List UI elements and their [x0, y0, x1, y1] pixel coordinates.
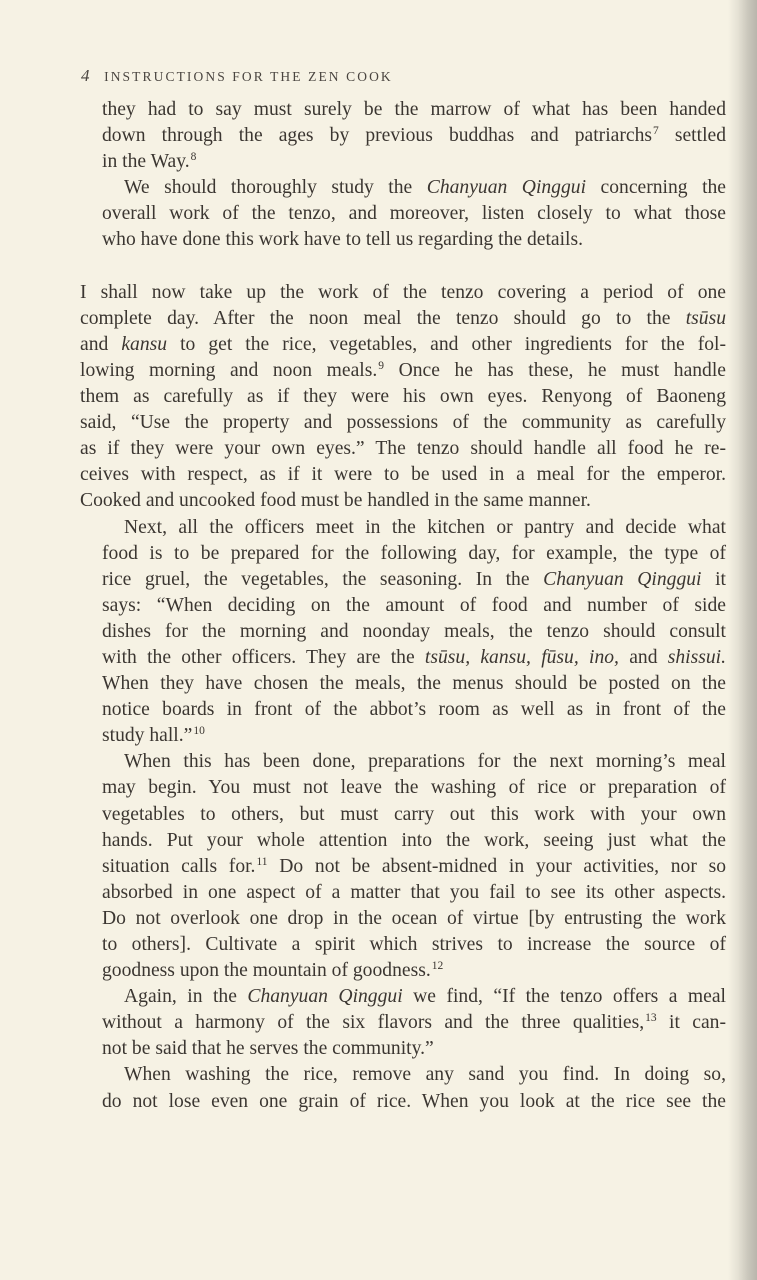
paragraph-p4: Next, all the officers meet in the kitch… [80, 515, 726, 750]
italic-term: Chanyuan Qinggui [247, 986, 402, 1007]
text-run: as if they were your own eyes.” The tenz… [80, 438, 726, 459]
text-line: and kansu to get the rice, vegetables, a… [80, 332, 726, 358]
running-head: 4 Instructions for the Zen Cook [81, 66, 726, 86]
text-run: settled [659, 125, 726, 146]
footnote-ref: 8 [191, 151, 197, 163]
text-line: overall work of the tenzo, and moreover,… [80, 201, 726, 227]
footnote-ref: 11 [256, 856, 267, 868]
text-run: do not lose even one grain of rice. When… [102, 1091, 726, 1112]
text-line: hands. Put your whole attention into the… [80, 828, 726, 854]
text-line: says: “When deciding on the amount of fo… [80, 593, 726, 619]
text-run: they had to say must surely be the marro… [102, 99, 726, 120]
text-run: concerning the [586, 177, 726, 198]
text-run: rice gruel, the vegetables, the seasonin… [102, 569, 543, 590]
text-run: and [619, 647, 668, 668]
text-run: without a harmony of the six flavors and… [102, 1012, 644, 1033]
italic-term: kansu [121, 334, 167, 355]
text-run: them as carefully as if they were his ow… [80, 386, 726, 407]
text-run: lowing morning and noon meals. [80, 360, 377, 381]
text-line: study hall.”10 [80, 723, 726, 749]
text-run: situation calls for. [102, 856, 255, 877]
paragraph-p2: We should thoroughly study the Chanyuan … [80, 175, 726, 253]
text-run: and [80, 334, 121, 355]
text-run: who have done this work have to tell us … [102, 229, 583, 250]
page-number: 4 [81, 66, 90, 85]
text-run: Again, in the [124, 986, 247, 1007]
text-run: it can- [657, 1012, 726, 1033]
text-line: When washing the rice, remove any sand y… [80, 1062, 726, 1088]
text-line: Cooked and uncooked food must be handled… [80, 488, 726, 514]
footnote-ref: 10 [193, 725, 205, 737]
text-run: When they have chosen the meals, the men… [102, 673, 726, 694]
text-line: may begin. You must not leave the washin… [80, 775, 726, 801]
text-run: down through the ages by previous buddha… [102, 125, 652, 146]
text-run: Cooked and uncooked food must be handled… [80, 490, 591, 511]
italic-term: Chanyuan Qinggui [427, 177, 586, 198]
text-run: food is to be prepared for the following… [102, 543, 726, 564]
text-run: complete day. After the noon meal the te… [80, 308, 686, 329]
text-run: Once he has these, he must handle [384, 360, 726, 381]
text-run: goodness upon the mountain of goodness. [102, 960, 431, 981]
text-line: goodness upon the mountain of goodness.1… [80, 958, 726, 984]
text-run: I shall now take up the work of the tenz… [80, 282, 726, 303]
text-run: hands. Put your whole attention into the… [102, 830, 726, 851]
text-line: vegetables to others, but must carry out… [80, 802, 726, 828]
body-text: they had to say must surely be the marro… [80, 97, 726, 1115]
italic-term: tsūsu, kansu, fūsu, ino, [425, 647, 619, 668]
text-run: it [702, 569, 726, 590]
text-line: ceives with respect, as if it were to be… [80, 462, 726, 488]
italic-term: shissui. [668, 647, 726, 668]
text-line: them as carefully as if they were his ow… [80, 384, 726, 410]
text-line: down through the ages by previous buddha… [80, 123, 726, 149]
text-line: complete day. After the noon meal the te… [80, 306, 726, 332]
text-run: dishes for the morning and noonday meals… [102, 621, 726, 642]
text-line: not be said that he serves the community… [80, 1036, 726, 1062]
text-run: says: “When deciding on the amount of fo… [102, 595, 726, 616]
text-line: Next, all the officers meet in the kitch… [80, 515, 726, 541]
text-line: absorbed in one aspect of a matter that … [80, 880, 726, 906]
text-line: We should thoroughly study the Chanyuan … [80, 175, 726, 201]
paragraph-p1: they had to say must surely be the marro… [80, 97, 726, 175]
text-run: we find, “If the tenzo offers a meal [403, 986, 726, 1007]
text-run: to get the rice, vegetables, and other i… [167, 334, 726, 355]
text-run: not be said that he serves the community… [102, 1038, 434, 1059]
text-line: who have done this work have to tell us … [80, 227, 726, 253]
text-line: situation calls for.11 Do not be absent-… [80, 854, 726, 880]
paragraph-p5: When this has been done, preparations fo… [80, 749, 726, 984]
footnote-ref: 12 [432, 960, 444, 972]
text-line: without a harmony of the six flavors and… [80, 1010, 726, 1036]
text-run: may begin. You must not leave the washin… [102, 777, 726, 798]
text-line: in the Way.8 [80, 149, 726, 175]
text-run: notice boards in front of the abbot’s ro… [102, 699, 726, 720]
text-run: vegetables to others, but must carry out… [102, 804, 726, 825]
text-run: ceives with respect, as if it were to be… [80, 464, 726, 485]
text-run: Do not be absent-midned in your activiti… [268, 856, 726, 877]
text-run: absorbed in one aspect of a matter that … [102, 882, 726, 903]
text-run: with the other officers. They are the [102, 647, 425, 668]
text-run: We should thoroughly study the [124, 177, 427, 198]
text-line: I shall now take up the work of the tenz… [80, 280, 726, 306]
text-run: overall work of the tenzo, and moreover,… [102, 203, 726, 224]
text-line: lowing morning and noon meals.9 Once he … [80, 358, 726, 384]
text-run: to others]. Cultivate a spirit which str… [102, 934, 726, 955]
text-line: When this has been done, preparations fo… [80, 749, 726, 775]
running-head-title: Instructions for the Zen Cook [104, 69, 393, 84]
text-line: with the other officers. They are the ts… [80, 645, 726, 671]
text-line: Do not overlook one drop in the ocean of… [80, 906, 726, 932]
text-line: they had to say must surely be the marro… [80, 97, 726, 123]
book-page: 4 Instructions for the Zen Cook they had… [0, 0, 757, 1280]
text-line: do not lose even one grain of rice. When… [80, 1089, 726, 1115]
italic-term: tsūsu [686, 308, 726, 329]
text-run: When this has been done, preparations fo… [124, 751, 726, 772]
text-line: rice gruel, the vegetables, the seasonin… [80, 567, 726, 593]
text-line: food is to be prepared for the following… [80, 541, 726, 567]
paragraph-p3: I shall now take up the work of the tenz… [80, 280, 726, 515]
text-run: said, “Use the property and possessions … [80, 412, 726, 433]
paragraph-p7: When washing the rice, remove any sand y… [80, 1062, 726, 1114]
text-line: to others]. Cultivate a spirit which str… [80, 932, 726, 958]
paragraph-p6: Again, in the Chanyuan Qinggui we find, … [80, 984, 726, 1062]
text-line: When they have chosen the meals, the men… [80, 671, 726, 697]
text-line: notice boards in front of the abbot’s ro… [80, 697, 726, 723]
text-line: said, “Use the property and possessions … [80, 410, 726, 436]
text-line: Again, in the Chanyuan Qinggui we find, … [80, 984, 726, 1010]
text-run: in the Way. [102, 151, 190, 172]
italic-term: Chanyuan Qinggui [543, 569, 701, 590]
text-run: study hall.” [102, 725, 192, 746]
text-line: as if they were your own eyes.” The tenz… [80, 436, 726, 462]
text-run: Next, all the officers meet in the kitch… [124, 517, 726, 538]
text-run: When washing the rice, remove any sand y… [124, 1064, 726, 1085]
footnote-ref: 13 [645, 1012, 657, 1024]
text-run: Do not overlook one drop in the ocean of… [102, 908, 726, 929]
text-line: dishes for the morning and noonday meals… [80, 619, 726, 645]
